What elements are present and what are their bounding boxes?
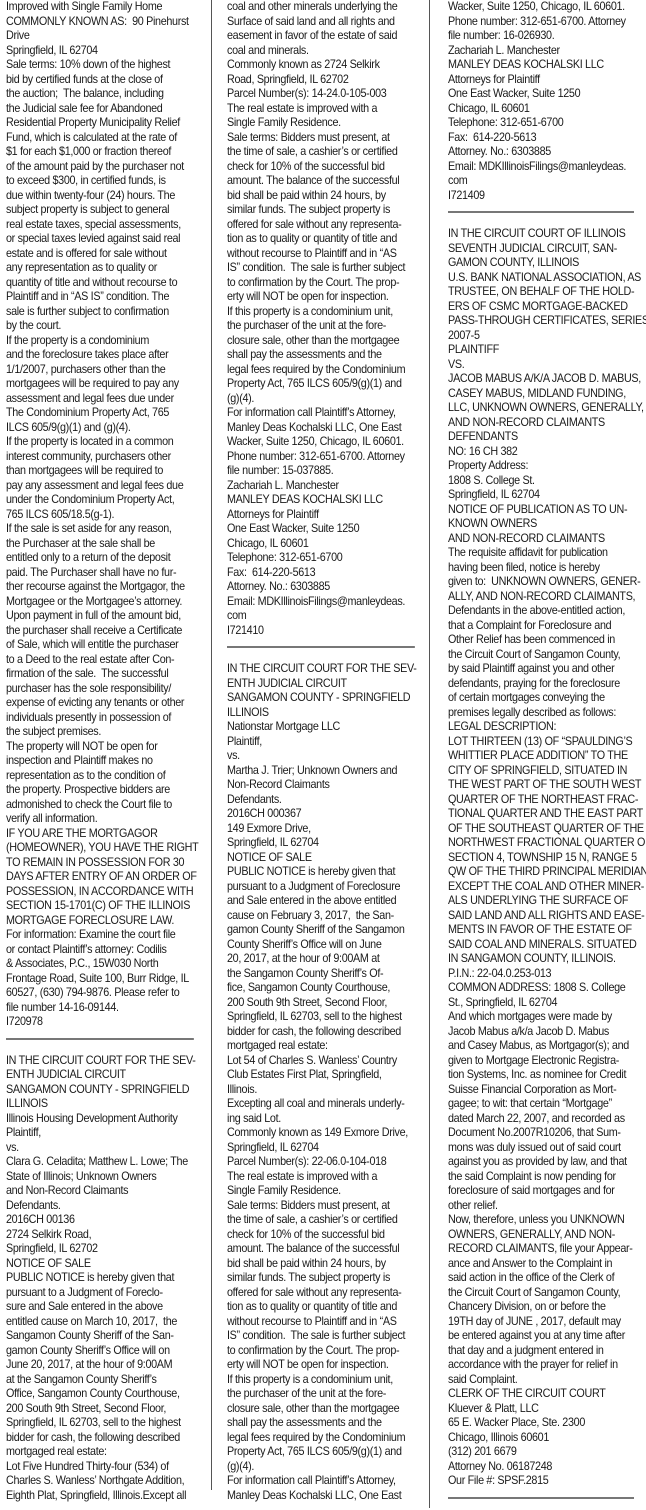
notice-text-line: Telephone: 312-651-6700 bbox=[448, 116, 646, 131]
notice-text-line: interest community, purchasers other bbox=[6, 450, 211, 465]
notice-text-line: closure sale, other than the mortgagee bbox=[227, 334, 432, 349]
notice-text-line: under the Condominium Property Act, bbox=[6, 493, 211, 508]
notice-text-line: For information: Examine the court file bbox=[6, 928, 211, 943]
notice-text-line: of certain mortgages conveying the bbox=[448, 691, 646, 706]
notice-text-line: If this property is a condominium unit, bbox=[227, 1373, 432, 1388]
notice-text-line: POSSESSION, IN ACCORDANCE WITH bbox=[6, 885, 211, 900]
notice-text-line: Sale terms: Bidders must present, at bbox=[227, 131, 432, 146]
notice-text-line: said Complaint. bbox=[448, 1373, 646, 1388]
notice-text-line: Attorney. No.: 6303885 bbox=[227, 580, 432, 595]
notice-text-line: easement in favor of the estate of said bbox=[227, 29, 432, 44]
notice-text-line: the time of sale, a cashier’s or certifi… bbox=[227, 1213, 432, 1228]
notice-separator bbox=[448, 211, 634, 213]
legal-notice: Wacker, Suite 1250, Chicago, IL 60601.Ph… bbox=[448, 0, 646, 203]
legal-notice: IN THE CIRCUIT COURT OF ILLINOISSEVENTH … bbox=[448, 227, 646, 1489]
notice-text-line: Parcel Number(s): 14-24.0-105-003 bbox=[227, 87, 432, 102]
notice-text-line: and the foreclosure takes place after bbox=[6, 348, 211, 363]
notice-text-line: gagee; to wit: that certain “Mortgage” bbox=[448, 1097, 646, 1112]
notice-text-line: Sale terms: 10% down of the highest bbox=[6, 58, 211, 73]
notice-text-line: One East Wacker, Suite 1250 bbox=[448, 87, 646, 102]
notice-text-line: Zachariah L. Manchester bbox=[227, 479, 432, 494]
notice-text-line: and Casey Mabus, as Mortgagor(s); and bbox=[448, 1039, 646, 1054]
notice-text-line: IN SANGAMON COUNTY, ILLINOIS. bbox=[448, 952, 646, 967]
notice-text-line: Commonly known as 149 Exmore Drive, bbox=[227, 1126, 432, 1141]
notice-text-line: coal and other minerals underlying the bbox=[227, 0, 432, 15]
notice-text-line: file number: 16-026930. bbox=[448, 29, 646, 44]
notice-text-line: ILLINOIS bbox=[227, 706, 432, 721]
notice-text-line: erty will NOT be open for inspection. bbox=[227, 1358, 432, 1373]
notice-text-line: any representation as to quality or bbox=[6, 261, 211, 276]
notice-text-line: file number: 15-037885. bbox=[227, 464, 432, 479]
notice-text-line: ILLINOIS bbox=[6, 1097, 211, 1112]
notice-text-line: CASEY MABUS, MIDLAND FUNDING, bbox=[448, 387, 646, 402]
notice-text-line: pay any assessment and legal fees due bbox=[6, 479, 211, 494]
notice-text-line: Plaintiff and in “AS IS” condition. The bbox=[6, 290, 211, 305]
notice-text-line: Wacker, Suite 1250, Chicago, IL 60601. bbox=[227, 435, 432, 450]
legal-notices-page: Improved with Single Family HomeCOMMONLY… bbox=[0, 0, 646, 1510]
notice-text-line: TRUSTEE, ON BEHALF OF THE HOLD- bbox=[448, 285, 646, 300]
notice-text-line: paid. The Purchaser shall have no fur- bbox=[6, 566, 211, 581]
notice-text-line: NOTICE OF SALE bbox=[227, 851, 432, 866]
notice-text-line: subject property is subject to general bbox=[6, 203, 211, 218]
notice-text-line: similar funds. The subject property is bbox=[227, 1271, 432, 1286]
notice-text-line: Mortgagee or the Mortgagee’s attorney. bbox=[6, 595, 211, 610]
notice-text-line: legal fees required by the Condominium bbox=[227, 363, 432, 378]
notice-text-line: shall pay the assessments and the bbox=[227, 1416, 432, 1431]
notice-text-line: Lot Five Hundred Thirty-four (534) of bbox=[6, 1460, 211, 1475]
notice-text-line: & Associates, P.C., 15W030 North bbox=[6, 957, 211, 972]
notice-text-line: given to Mortgage Electronic Registra- bbox=[448, 1054, 646, 1069]
notice-text-line: against you as provided by law, and that bbox=[448, 1155, 646, 1170]
notice-text-line: and Non-Record Claimants bbox=[6, 1184, 211, 1199]
notice-text-line: QUARTER OF THE NORTHEAST FRAC- bbox=[448, 793, 646, 808]
notice-text-line: Property Act, 765 ILCS 605/9(g)(1) and bbox=[227, 377, 432, 392]
notice-text-line: vs. bbox=[227, 749, 432, 764]
notice-text-line: Chicago, Illinois 60601 bbox=[448, 1431, 646, 1446]
notice-text-line: offered for sale without any representa- bbox=[227, 1286, 432, 1301]
notice-text-line: com bbox=[227, 609, 432, 624]
notice-text-line: or special taxes levied against said rea… bbox=[6, 232, 211, 247]
notice-text-line: QW OF THE THIRD PRINCIPAL MERIDIAN. bbox=[448, 865, 646, 880]
notice-text-line: Property Act, 765 ILCS 605/9(g)(1) and bbox=[227, 1445, 432, 1460]
notice-text-line: Now, therefore, unless you UNKNOWN bbox=[448, 1213, 646, 1228]
notice-text-line: Upon payment in full of the amount bid, bbox=[6, 609, 211, 624]
notice-text-line: GAMON COUNTY, ILLINOIS bbox=[448, 256, 646, 271]
notice-text-line: Chicago, IL 60601 bbox=[227, 537, 432, 552]
notice-text-line: SANGAMON COUNTY - SPRINGFIELD bbox=[6, 1083, 211, 1098]
notice-text-line: Parcel Number(s): 22-06.0-104-018 bbox=[227, 1155, 432, 1170]
notice-text-line: P.I.N.: 22-04.0.253-013 bbox=[448, 967, 646, 982]
notice-text-line: cause on February 3, 2017, the San- bbox=[227, 909, 432, 924]
notice-text-line: Charles S. Wanless’ Northgate Addition, bbox=[6, 1474, 211, 1489]
notice-text-line: If the property is a condominium bbox=[6, 334, 211, 349]
notice-text-line: AND NON-RECORD CLAIMANTS bbox=[448, 532, 646, 547]
notice-text-line: Wacker, Suite 1250, Chicago, IL 60601. bbox=[448, 0, 646, 15]
notice-text-line: County Sheriff’s Office will on June bbox=[227, 938, 432, 953]
notice-text-line: ENTH JUDICIAL CIRCUIT bbox=[6, 1068, 211, 1083]
notice-text-line: of Sale, which will entitle the purchase… bbox=[6, 638, 211, 653]
notice-text-line: entitled cause on March 10, 2017, the bbox=[6, 1315, 211, 1330]
notice-text-line: said action in the office of the Clerk o… bbox=[448, 1271, 646, 1286]
notice-text-line: mortgagees will be required to pay any bbox=[6, 377, 211, 392]
notice-text-line: CITY OF SPRINGFIELD, SITUATED IN bbox=[448, 764, 646, 779]
notice-text-line: quantity of title and without recourse t… bbox=[6, 276, 211, 291]
notice-text-line: SANGAMON COUNTY - SPRINGFIELD bbox=[227, 691, 432, 706]
notice-text-line: 60527, (630) 794-9876. Please refer to bbox=[6, 986, 211, 1001]
notice-text-line: be entered against you at any time after bbox=[448, 1329, 646, 1344]
notice-text-line: JACOB MABUS A/K/A JACOB D. MABUS, bbox=[448, 372, 646, 387]
notice-text-line: Email: MDKIllinoisFilings@manleydeas. bbox=[448, 160, 646, 175]
notice-text-line: If the sale is set aside for any reason, bbox=[6, 522, 211, 537]
notice-text-line: 200 South 9th Street, Second Floor, bbox=[6, 1402, 211, 1417]
notice-text-line: the property. Prospective bidders are bbox=[6, 783, 211, 798]
notice-text-line: COMMONLY KNOWN AS: 90 Pinehurst bbox=[6, 15, 211, 30]
notice-text-line: Suisse Financial Corporation as Mort- bbox=[448, 1083, 646, 1098]
notice-text-line: verify all information. bbox=[6, 812, 211, 827]
notice-text-line: Email: MDKIllinoisFilings@manleydeas. bbox=[227, 595, 432, 610]
notice-text-line: file number 14-16-09144. bbox=[6, 1001, 211, 1016]
notice-text-line: PUBLIC NOTICE is hereby given that bbox=[6, 1271, 211, 1286]
notice-text-line: COMMON ADDRESS: 1808 S. College bbox=[448, 981, 646, 996]
notice-text-line: MORTGAGE FORECLOSURE LAW. bbox=[6, 914, 211, 929]
notice-text-line: SAID COAL AND MINERALS. SITUATED bbox=[448, 938, 646, 953]
notice-text-line: tion as to quality or quantity of title … bbox=[227, 1300, 432, 1315]
notice-text-line: Residential Property Municipality Relief bbox=[6, 116, 211, 131]
notice-text-line: ALLY, AND NON-RECORD CLAIMANTS, bbox=[448, 590, 646, 605]
notice-text-line: (g)(4). bbox=[227, 392, 432, 407]
notice-text-line: ALS UNDERLYING THE SURFACE OF bbox=[448, 894, 646, 909]
notice-text-line: Single Family Residence. bbox=[227, 116, 432, 131]
notice-text-line: the Purchaser at the sale shall be bbox=[6, 537, 211, 552]
notice-text-line: premises legally described as follows: bbox=[448, 706, 646, 721]
notice-text-line: SAID LAND AND ALL RIGHTS AND EASE- bbox=[448, 909, 646, 924]
notice-text-line: Frontage Road, Suite 100, Burr Ridge, IL bbox=[6, 972, 211, 987]
notice-text-line: (g)(4). bbox=[227, 1460, 432, 1475]
notice-text-line: the Judicial sale fee for Abandoned bbox=[6, 102, 211, 117]
notice-text-line: SECTION 4, TOWNSHIP 15 N, RANGE 5 bbox=[448, 851, 646, 866]
notice-text-line: Springfield, IL 62704 bbox=[448, 488, 646, 503]
notice-text-line: Office, Sangamon County Courthouse, bbox=[6, 1387, 211, 1402]
notice-text-line: IN THE CIRCUIT COURT OF ILLINOIS bbox=[448, 227, 646, 242]
notice-text-line: ENTH JUDICIAL CIRCUIT bbox=[227, 677, 432, 692]
notice-text-line: Lot 54 of Charles S. Wanless’ Country bbox=[227, 1054, 432, 1069]
notice-text-line: SEVENTH JUDICIAL CIRCUIT, SAN- bbox=[448, 242, 646, 257]
notice-text-line: Attorneys for Plaintiff bbox=[448, 73, 646, 88]
notice-text-line: VS. bbox=[448, 358, 646, 373]
notice-text-line: IN THE CIRCUIT COURT FOR THE SEV- bbox=[227, 662, 432, 677]
notice-text-line: OWNERS, GENERALLY, AND NON- bbox=[448, 1228, 646, 1243]
notice-text-line: the Sangamon County Sheriff’s Of- bbox=[227, 967, 432, 982]
notice-text-line: Plaintiff, bbox=[227, 735, 432, 750]
notice-text-line: the Circuit Court of Sangamon County, bbox=[448, 648, 646, 663]
notice-text-line: fice, Sangamon County Courthouse, bbox=[227, 981, 432, 996]
notice-text-line: Our File #: SPSF.2815 bbox=[448, 1474, 646, 1489]
notice-text-line: 1/1/2007, purchasers other than the bbox=[6, 363, 211, 378]
notice-text-line: If this property is a condominium unit, bbox=[227, 305, 432, 320]
notice-text-line: bidder for cash, the following described bbox=[6, 1431, 211, 1446]
notice-text-line: bidder for cash, the following described bbox=[227, 1025, 432, 1040]
notice-text-line: purchaser has the sole responsibility/ bbox=[6, 682, 211, 697]
notice-separator bbox=[227, 646, 415, 648]
notice-text-line: com bbox=[448, 174, 646, 189]
notice-text-line: DEFENDANTS bbox=[448, 430, 646, 445]
notice-text-line: that a Complaint for Foreclosure and bbox=[448, 619, 646, 634]
notice-text-line: tion as to quality or quantity of title … bbox=[227, 232, 432, 247]
notice-text-line: Road, Springfield, IL 62702 bbox=[227, 73, 432, 88]
notice-text-line: ing said Lot. bbox=[227, 1112, 432, 1127]
notice-text-line: June 20, 2017, at the hour of 9:00AM bbox=[6, 1358, 211, 1373]
notice-text-line: Defendants in the above-entitled action, bbox=[448, 604, 646, 619]
notice-text-line: the purchaser of the unit at the fore- bbox=[227, 1387, 432, 1402]
notice-text-line: LLC, UNKNOWN OWNERS, GENERALLY, bbox=[448, 401, 646, 416]
notice-text-line: Sangamon County Sheriff of the San- bbox=[6, 1329, 211, 1344]
column-divider bbox=[211, 0, 212, 1490]
notice-text-line: Chicago, IL 60601 bbox=[448, 102, 646, 117]
notice-text-line: Eighth Plat, Springfield, Illinois.Excep… bbox=[6, 1489, 211, 1504]
notice-text-line: IF YOU ARE THE MORTGAGOR bbox=[6, 827, 211, 842]
notice-text-line: Phone number: 312-651-6700. Attorney bbox=[448, 15, 646, 30]
notice-text-line: Zachariah L. Manchester bbox=[448, 44, 646, 59]
notice-text-line: to exceed $300, in certified funds, is bbox=[6, 174, 211, 189]
notice-text-line: Chancery Division, on or before the bbox=[448, 1300, 646, 1315]
notice-text-line: ILCS 605/9(g)(1) and (g)(4). bbox=[6, 421, 211, 436]
notice-text-line: The requisite affidavit for publication bbox=[448, 546, 646, 561]
notice-text-line: OF THE SOUTHEAST QUARTER OF THE bbox=[448, 822, 646, 837]
notice-text-line: bid shall be paid within 24 hours, by bbox=[227, 189, 432, 204]
notice-text-line: the said Complaint is now pending for bbox=[448, 1170, 646, 1185]
notice-text-line: Nationstar Mortgage LLC bbox=[227, 720, 432, 735]
notice-text-line: check for 10% of the successful bid bbox=[227, 1228, 432, 1243]
notice-text-line: the subject premises. bbox=[6, 725, 211, 740]
notice-text-line: having been filed, notice is hereby bbox=[448, 561, 646, 576]
notice-text-line: defendants, praying for the foreclosure bbox=[448, 677, 646, 692]
notice-text-line: to confirmation by the Court. The prop- bbox=[227, 1344, 432, 1359]
column-3: Wacker, Suite 1250, Chicago, IL 60601.Ph… bbox=[448, 0, 646, 1510]
notice-text-line: tion Systems, Inc. as nominee for Credit bbox=[448, 1068, 646, 1083]
notice-text-line: Springfield, IL 62704 bbox=[227, 1141, 432, 1156]
notice-text-line: Springfield, IL 62702 bbox=[6, 1242, 211, 1257]
notice-text-line: Illinois Housing Development Authority bbox=[6, 1112, 211, 1127]
notice-text-line: gamon County Sheriff of the Sangamon bbox=[227, 923, 432, 938]
notice-text-line: sure and Sale entered in the above bbox=[6, 1300, 211, 1315]
notice-text-line: assessment and legal fees due under bbox=[6, 392, 211, 407]
notice-text-line: State of Illinois; Unknown Owners bbox=[6, 1170, 211, 1185]
notice-text-line: (HOMEOWNER), YOU HAVE THE RIGHT bbox=[6, 841, 211, 856]
notice-text-line: The property will NOT be open for bbox=[6, 740, 211, 755]
notice-text-line: The real estate is improved with a bbox=[227, 102, 432, 117]
notice-text-line: mons was duly issued out of said court bbox=[448, 1141, 646, 1156]
notice-text-line: 2016CH 00136 bbox=[6, 1213, 211, 1228]
notice-text-line: Fund, which is calculated at the rate of bbox=[6, 131, 211, 146]
notice-text-line: IN THE CIRCUIT COURT FOR THE SEV- bbox=[6, 1054, 211, 1069]
column-1: Improved with Single Family HomeCOMMONLY… bbox=[6, 0, 211, 1503]
notice-text-line: amount. The balance of the successful bbox=[227, 174, 432, 189]
notice-text-line: Club Estates First Plat, Springfield, bbox=[227, 1068, 432, 1083]
notice-text-line: TIONAL QUARTER AND THE EAST PART bbox=[448, 807, 646, 822]
notice-text-line: sale is further subject to confirmation bbox=[6, 305, 211, 320]
notice-text-line: Defendants. bbox=[227, 793, 432, 808]
notice-text-line: THE WEST PART OF THE SOUTH WEST bbox=[448, 778, 646, 793]
notice-text-line: Commonly known as 2724 Selkirk bbox=[227, 58, 432, 73]
notice-text-line: KNOWN OWNERS bbox=[448, 517, 646, 532]
notice-text-line: CLERK OF THE CIRCUIT COURT bbox=[448, 1387, 646, 1402]
notice-text-line: I721409 bbox=[448, 189, 646, 204]
notice-text-line: the auction; The balance, including bbox=[6, 87, 211, 102]
notice-text-line: foreclosure of said mortgages and for bbox=[448, 1184, 646, 1199]
notice-text-line: the time of sale, a cashier’s or certifi… bbox=[227, 145, 432, 160]
notice-text-line: and Sale entered in the above entitled bbox=[227, 894, 432, 909]
notice-text-line: Excepting all coal and minerals underly- bbox=[227, 1097, 432, 1112]
notice-text-line: And which mortgages were made by bbox=[448, 1010, 646, 1025]
notice-text-line: firmation of the sale. The successful bbox=[6, 667, 211, 682]
notice-text-line: given to: UNKNOWN OWNERS, GENER- bbox=[448, 575, 646, 590]
legal-notice: IN THE CIRCUIT COURT FOR THE SEV-ENTH JU… bbox=[6, 1054, 211, 1504]
notice-text-line: 149 Exmore Drive, bbox=[227, 822, 432, 837]
notice-text-line: Springfield, IL 62704 bbox=[6, 44, 211, 59]
notice-text-line: NO: 16 CH 382 bbox=[448, 445, 646, 460]
notice-text-line: Springfield, IL 62703, sell to the highe… bbox=[6, 1416, 211, 1431]
notice-text-line: PASS-THROUGH CERTIFICATES, SERIES bbox=[448, 314, 646, 329]
notice-text-line: dated March 22, 2007, and recorded as bbox=[448, 1112, 646, 1127]
notice-text-line: pursuant to a Judgment of Foreclo- bbox=[6, 1286, 211, 1301]
notice-text-line: Fax: 614-220-5613 bbox=[227, 566, 432, 581]
notice-separator bbox=[6, 1038, 194, 1040]
notice-text-line: 2016CH 000367 bbox=[227, 807, 432, 822]
notice-text-line: IS” condition. The sale is further subje… bbox=[227, 261, 432, 276]
notice-text-line: due within twenty-four (24) hours. The bbox=[6, 189, 211, 204]
legal-notice: Improved with Single Family HomeCOMMONLY… bbox=[6, 0, 211, 1030]
notice-text-line: For information call Plaintiff’s Attorne… bbox=[227, 1474, 432, 1489]
notice-text-line: than mortgagees will be required to bbox=[6, 464, 211, 479]
notice-text-line: 200 South 9th Street, Second Floor, bbox=[227, 996, 432, 1011]
notice-text-line: 20, 2017, at the hour of 9:00AM at bbox=[227, 952, 432, 967]
notice-text-line: 2724 Selkirk Road, bbox=[6, 1228, 211, 1243]
notice-text-line: ERS OF CSMC MORTGAGE-BACKED bbox=[448, 300, 646, 315]
notice-text-line: $1 for each $1,000 or fraction thereof bbox=[6, 145, 211, 160]
notice-text-line: erty will NOT be open for inspection. bbox=[227, 290, 432, 305]
notice-text-line: Martha J. Trier; Unknown Owners and bbox=[227, 764, 432, 779]
notice-text-line: that day and a judgment entered in bbox=[448, 1344, 646, 1359]
notice-text-line: If the property is located in a common bbox=[6, 435, 211, 450]
notice-text-line: 65 E. Wacker Place, Ste. 2300 bbox=[448, 1416, 646, 1431]
notice-text-line: Manley Deas Kochalski LLC, One East bbox=[227, 1489, 432, 1504]
notice-text-line: Improved with Single Family Home bbox=[6, 0, 211, 15]
notice-text-line: admonished to check the Court file to bbox=[6, 798, 211, 813]
notice-text-line: without recourse to Plaintiff and in “AS bbox=[227, 1315, 432, 1330]
notice-text-line: bid by certified funds at the close of bbox=[6, 73, 211, 88]
notice-text-line: ance and Answer to the Complaint in bbox=[448, 1257, 646, 1272]
notice-text-line: Telephone: 312-651-6700 bbox=[227, 551, 432, 566]
notice-text-line: PLAINTIFF bbox=[448, 343, 646, 358]
notice-text-line: pursuant to a Judgment of Foreclosure bbox=[227, 880, 432, 895]
notice-text-line: Property Address: bbox=[448, 459, 646, 474]
notice-text-line: closure sale, other than the mortgagee bbox=[227, 1402, 432, 1417]
notice-text-line: individuals presently in possession of bbox=[6, 711, 211, 726]
notice-text-line: LOT THIRTEEN (13) OF “SPAULDING’S bbox=[448, 735, 646, 750]
notice-text-line: entitled only to a return of the deposit bbox=[6, 551, 211, 566]
notice-text-line: mortgaged real estate: bbox=[6, 1445, 211, 1460]
notice-text-line: The Condominium Property Act, 765 bbox=[6, 406, 211, 421]
notice-text-line: mortgaged real estate: bbox=[227, 1039, 432, 1054]
notice-text-line: Single Family Residence. bbox=[227, 1184, 432, 1199]
notice-text-line: Fax: 614-220-5613 bbox=[448, 131, 646, 146]
notice-text-line: Manley Deas Kochalski LLC, One East bbox=[227, 421, 432, 436]
legal-notice: IN THE CIRCUIT COURT FOR THE SEV-ENTH JU… bbox=[227, 662, 432, 1503]
notice-text-line: without recourse to Plaintiff and in “AS bbox=[227, 247, 432, 262]
notice-text-line: real estate taxes, special assessments, bbox=[6, 218, 211, 233]
notice-text-line: NORTHWEST FRACTIONAL QUARTER OF bbox=[448, 836, 646, 851]
notice-text-line: Surface of said land and all rights and bbox=[227, 15, 432, 30]
notice-text-line: Attorneys for Plaintiff bbox=[227, 508, 432, 523]
notice-text-line: Other Relief has been commenced in bbox=[448, 633, 646, 648]
notice-text-line: SECTION 15-1701(C) OF THE ILLINOIS bbox=[6, 899, 211, 914]
notice-text-line: inspection and Plaintiff makes no bbox=[6, 754, 211, 769]
notice-text-line: Drive bbox=[6, 29, 211, 44]
notice-text-line: expense of evicting any tenants or other bbox=[6, 696, 211, 711]
notice-text-line: Illinois. bbox=[227, 1083, 432, 1098]
notice-text-line: I721410 bbox=[227, 624, 432, 639]
notice-text-line: check for 10% of the successful bid bbox=[227, 160, 432, 175]
notice-text-line: vs. bbox=[6, 1141, 211, 1156]
notice-text-line: Document No.2007R10206, that Sum- bbox=[448, 1126, 646, 1141]
notice-text-line: accordance with the prayer for relief in bbox=[448, 1358, 646, 1373]
notice-text-line: DAYS AFTER ENTRY OF AN ORDER OF bbox=[6, 870, 211, 885]
notice-text-line: AND NON-RECORD CLAIMANTS bbox=[448, 416, 646, 431]
notice-text-line: Attorney. No.: 6303885 bbox=[448, 145, 646, 160]
notice-text-line: NOTICE OF PUBLICATION AS TO UN- bbox=[448, 503, 646, 518]
notice-text-line: I720978 bbox=[6, 1015, 211, 1030]
notice-text-line: MANLEY DEAS KOCHALSKI LLC bbox=[448, 58, 646, 73]
notice-text-line: Plaintiff, bbox=[6, 1126, 211, 1141]
notice-text-line: U.S. BANK NATIONAL ASSOCIATION, AS bbox=[448, 271, 646, 286]
notice-text-line: legal fees required by the Condominium bbox=[227, 1431, 432, 1446]
notice-text-line: TO REMAIN IN POSSESSION FOR 30 bbox=[6, 856, 211, 871]
notice-text-line: MANLEY DEAS KOCHALSKI LLC bbox=[227, 493, 432, 508]
notice-text-line: the Circuit Court of Sangamon County, bbox=[448, 1286, 646, 1301]
notice-text-line: the purchaser of the unit at the fore- bbox=[227, 319, 432, 334]
notice-text-line: ther recourse against the Mortgagor, the bbox=[6, 580, 211, 595]
notice-text-line: Sale terms: Bidders must present, at bbox=[227, 1199, 432, 1214]
notice-text-line: MENTS IN FAVOR OF THE ESTATE OF bbox=[448, 923, 646, 938]
notice-text-line: Phone number: 312-651-6700. Attorney bbox=[227, 450, 432, 465]
column-2: coal and other minerals underlying theSu… bbox=[227, 0, 432, 1503]
notice-text-line: amount. The balance of the successful bbox=[227, 1242, 432, 1257]
notice-text-line: Kluever & Platt, LLC bbox=[448, 1402, 646, 1417]
notice-text-line: shall pay the assessments and the bbox=[227, 348, 432, 363]
notice-text-line: by the court. bbox=[6, 319, 211, 334]
notice-text-line: Springfield, IL 62704 bbox=[227, 836, 432, 851]
notice-text-line: 1808 S. College St. bbox=[448, 474, 646, 489]
notice-text-line: Springfield, IL 62703, sell to the highe… bbox=[227, 1010, 432, 1025]
notice-text-line: offered for sale without any representa- bbox=[227, 218, 432, 233]
notice-text-line: Clara G. Celadita; Matthew L. Lowe; The bbox=[6, 1155, 211, 1170]
notice-text-line: gamon County Sheriff’s Office will on bbox=[6, 1344, 211, 1359]
notice-text-line: the purchaser shall receive a Certificat… bbox=[6, 624, 211, 639]
notice-text-line: (312) 201 6679 bbox=[448, 1445, 646, 1460]
notice-text-line: to confirmation by the Court. The prop- bbox=[227, 276, 432, 291]
notice-text-line: Attorney No. 06187248 bbox=[448, 1460, 646, 1475]
notice-text-line: The real estate is improved with a bbox=[227, 1170, 432, 1185]
legal-notice: coal and other minerals underlying theSu… bbox=[227, 0, 432, 638]
notice-text-line: coal and minerals. bbox=[227, 44, 432, 59]
notice-text-line: LEGAL DESCRIPTION: bbox=[448, 720, 646, 735]
notice-text-line: of the amount paid by the purchaser not bbox=[6, 160, 211, 175]
notice-text-line: WHITTIER PLACE ADDITION” TO THE bbox=[448, 749, 646, 764]
notice-text-line: Jacob Mabus a/k/a Jacob D. Mabus bbox=[448, 1025, 646, 1040]
notice-text-line: For information call Plaintiff’s Attorne… bbox=[227, 406, 432, 421]
notice-text-line: PUBLIC NOTICE is hereby given that bbox=[227, 865, 432, 880]
notice-text-line: IS” condition. The sale is further subje… bbox=[227, 1329, 432, 1344]
